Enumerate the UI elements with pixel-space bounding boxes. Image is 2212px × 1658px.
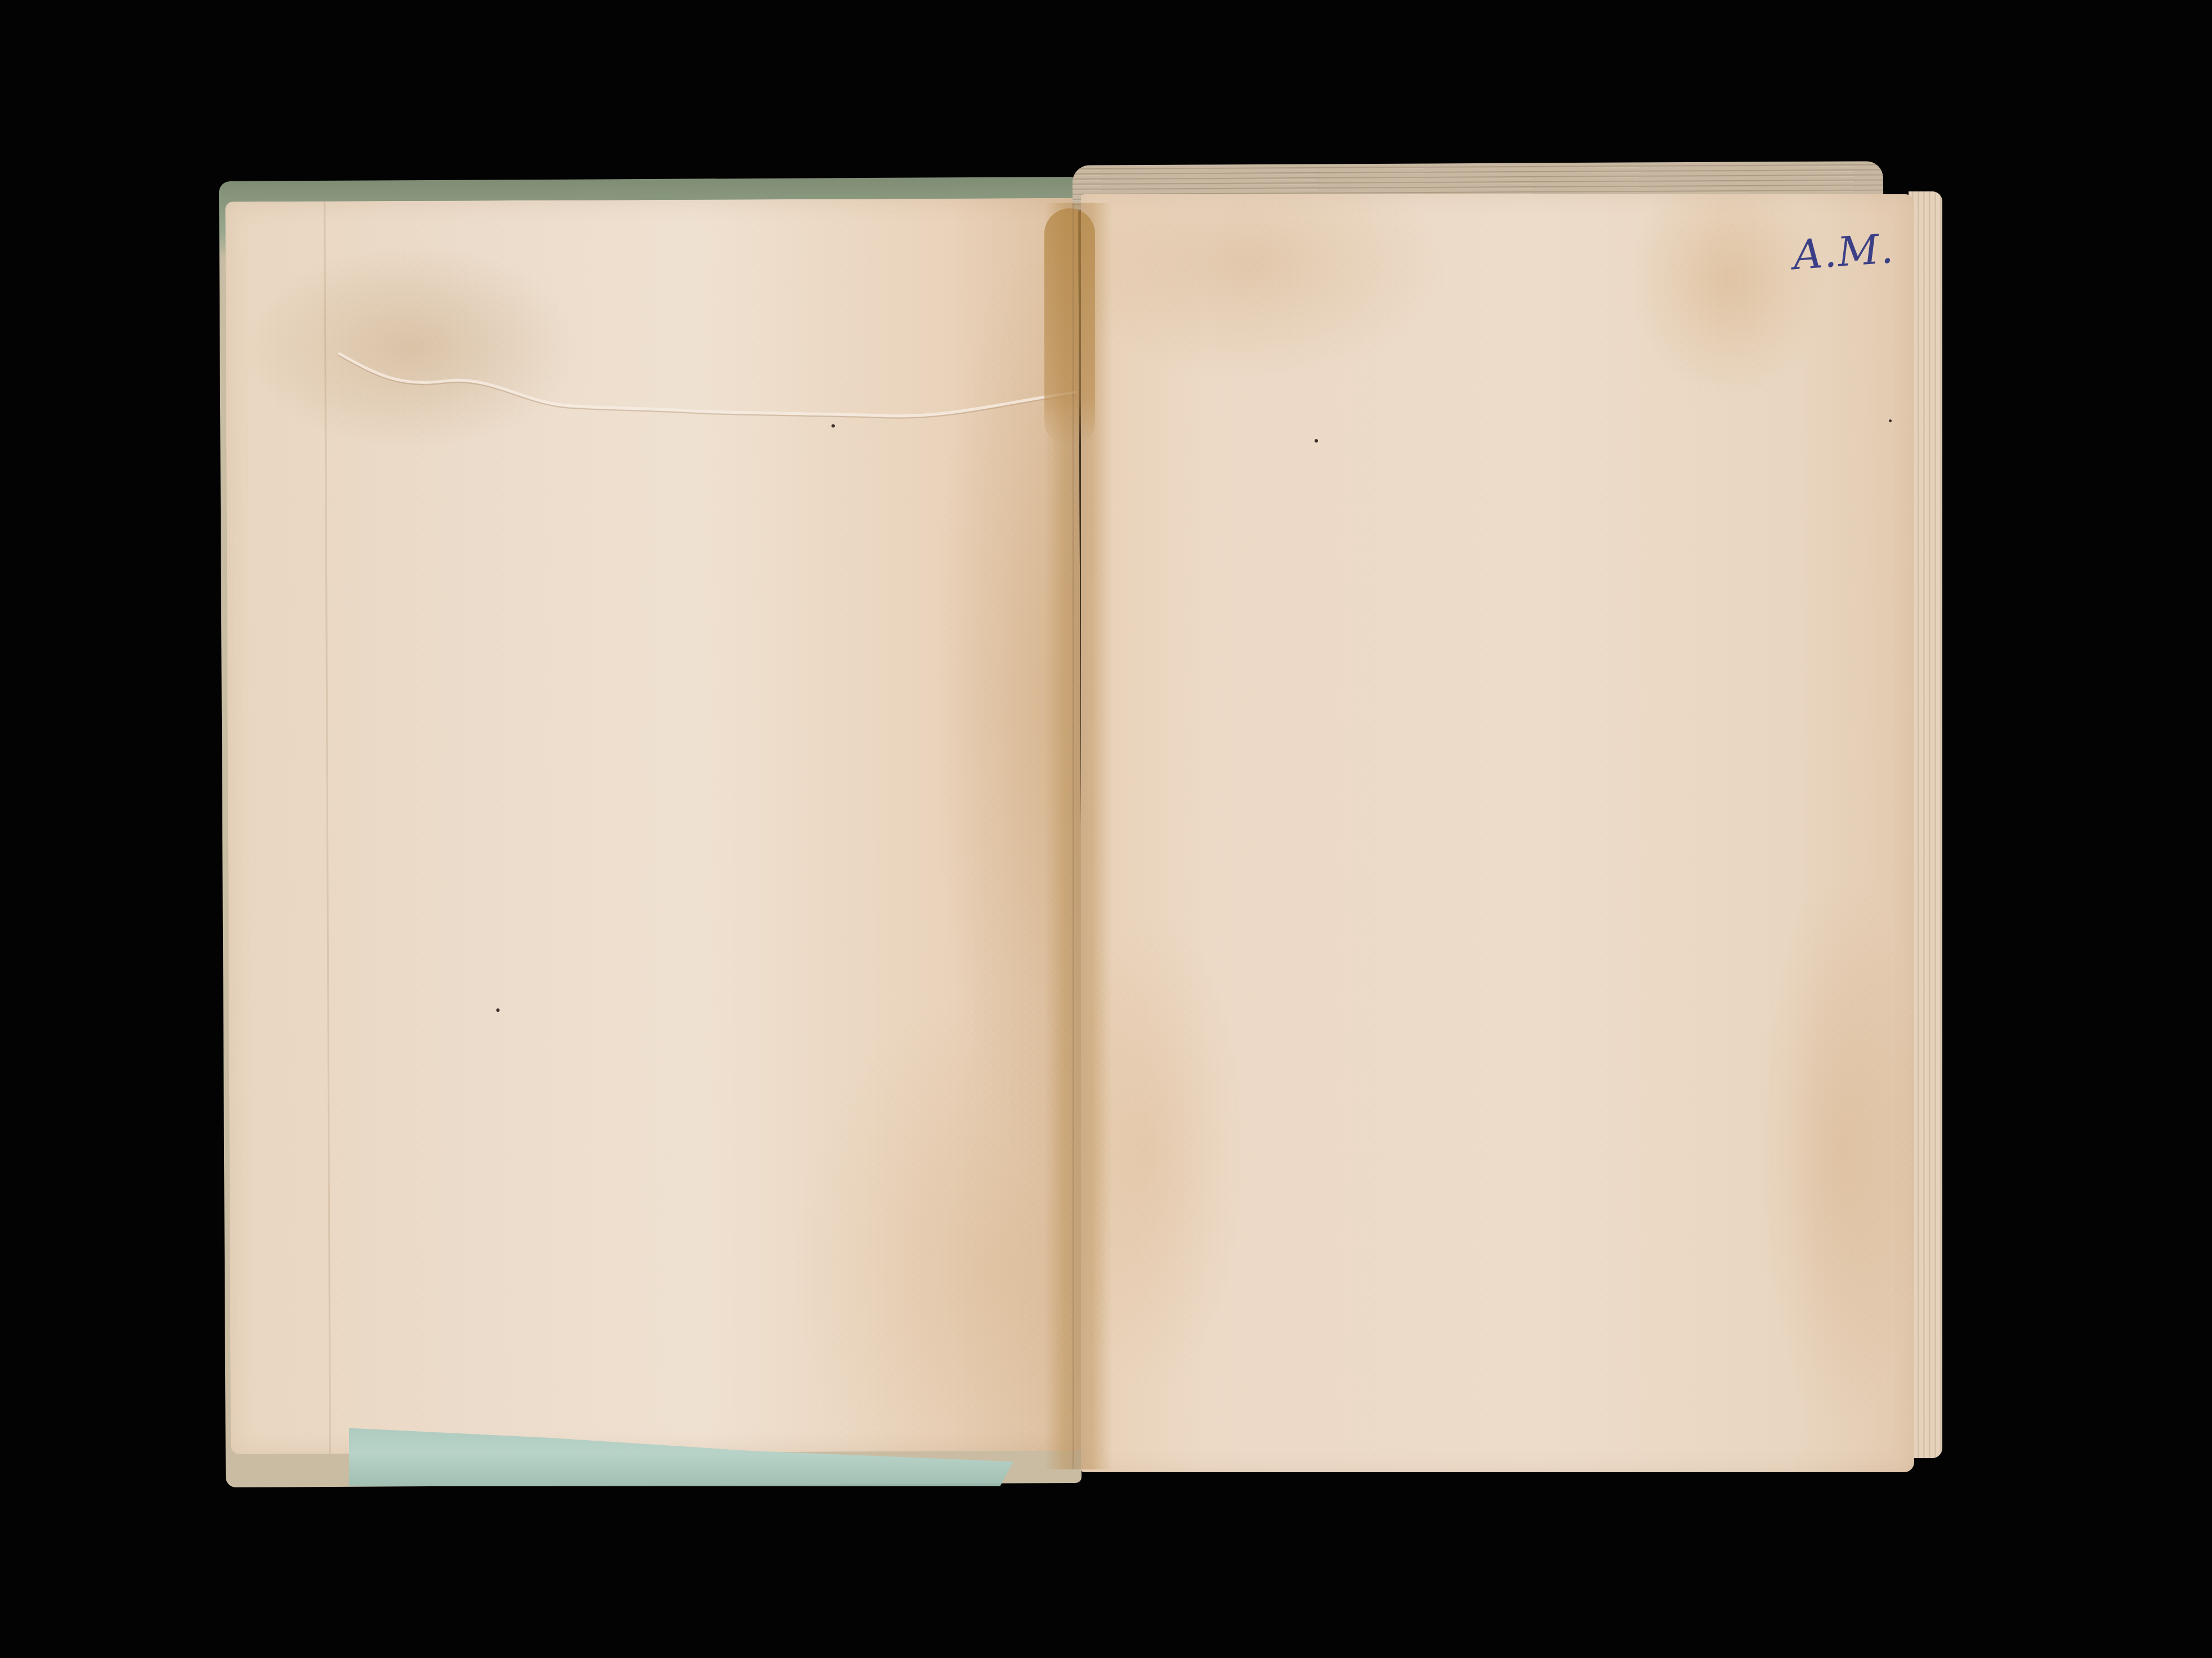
spine-crease bbox=[1073, 203, 1074, 1469]
right-page bbox=[1081, 194, 1914, 1472]
paper-speck bbox=[832, 424, 835, 428]
tear-line-mark bbox=[333, 339, 1082, 427]
paper-speck bbox=[496, 1008, 499, 1012]
left-page bbox=[225, 198, 1084, 1455]
paper-speck bbox=[1889, 419, 1892, 422]
left-page-fold-line bbox=[324, 202, 331, 1454]
photo-background: A.M. bbox=[0, 0, 2212, 1658]
water-stain bbox=[1044, 208, 1095, 445]
paper-speck bbox=[1315, 439, 1318, 443]
handwritten-initials: A.M. bbox=[1791, 225, 1896, 279]
